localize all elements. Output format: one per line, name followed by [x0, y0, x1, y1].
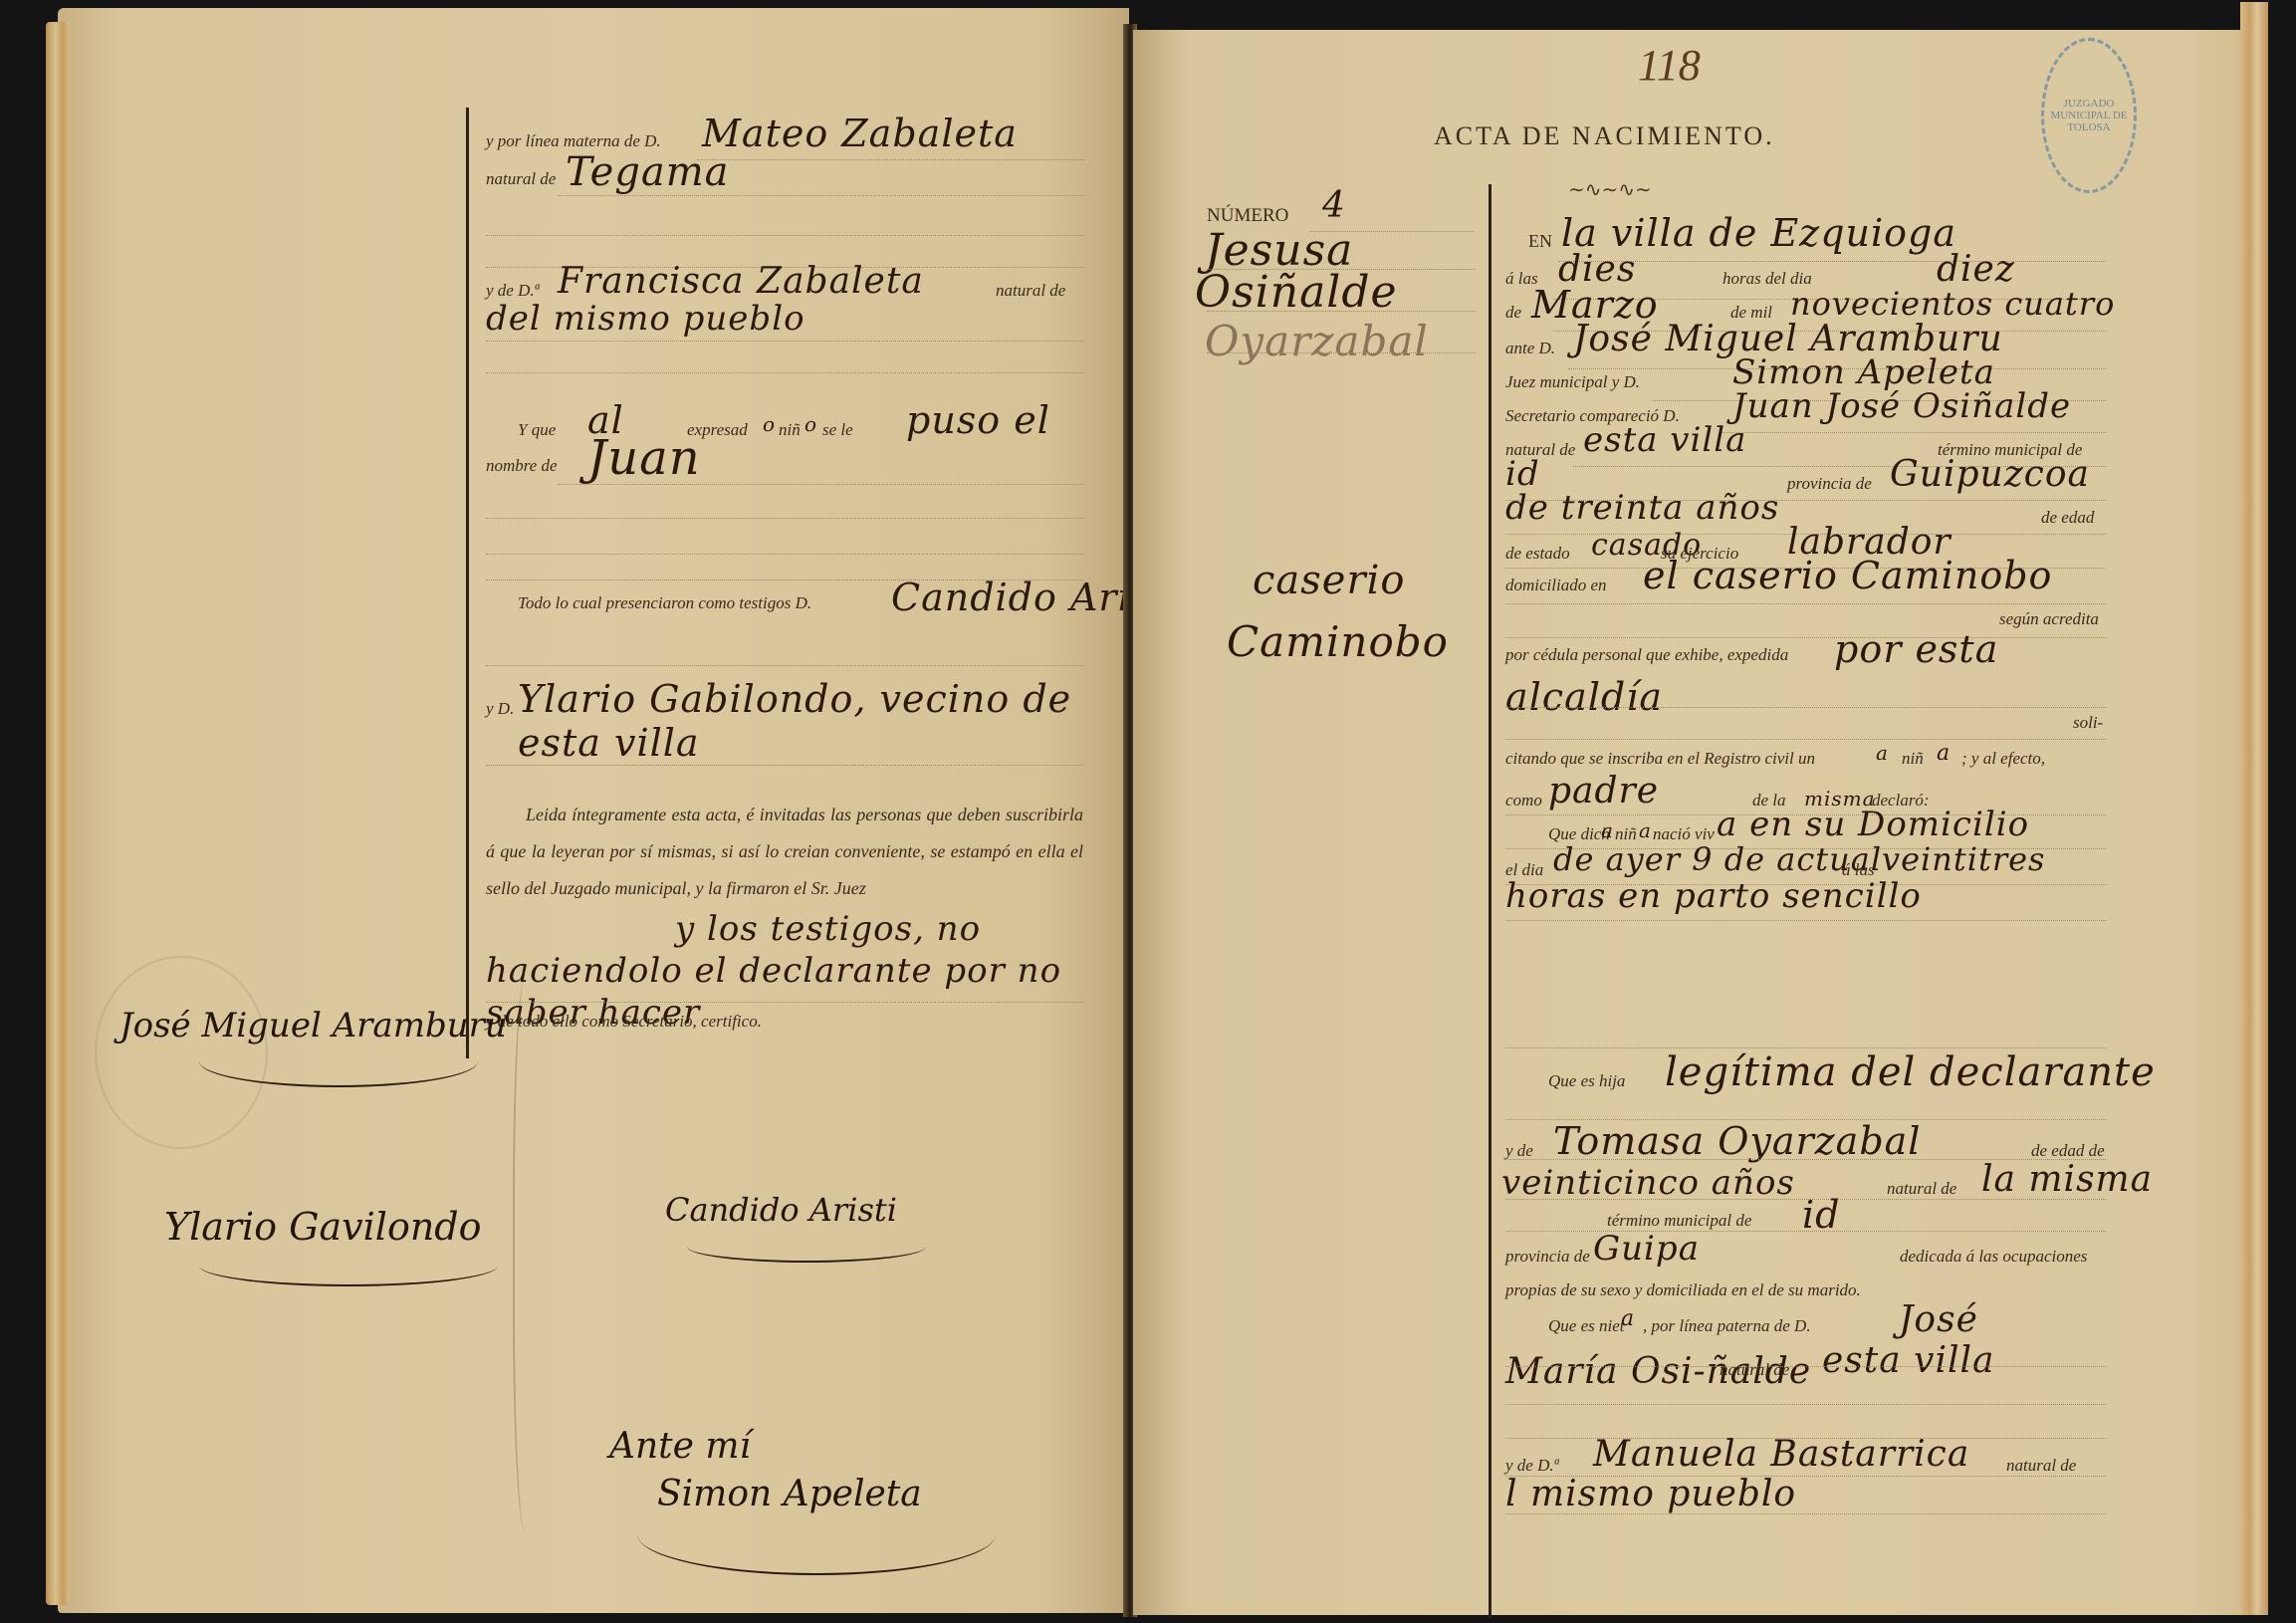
witness-2-name: Ylario Gabilondo, vecino de esta villa: [518, 677, 1095, 765]
dotted-line: [486, 518, 1083, 519]
mother-name: Tomasa Oyarzabal: [1553, 1119, 1921, 1163]
naming-value-4: puso el: [906, 398, 1050, 442]
document-title: ACTA DE NACIMIENTO.: [1434, 121, 1775, 151]
closing-paragraph: Leida íntegramente esta acta, é invitada…: [486, 797, 1083, 907]
request-end-label: ; y al efecto,: [1961, 749, 2045, 769]
signature-flourish: [637, 1494, 996, 1575]
birth-day: de ayer 9 de actual: [1553, 840, 1882, 878]
dotted-line: [1505, 920, 2106, 921]
mother-term-label: término municipal de: [1607, 1211, 1751, 1231]
as-label: como: [1505, 791, 1542, 811]
right-page-edges: [2240, 2, 2268, 1615]
mother-origin-label: natural de: [1887, 1179, 1956, 1199]
dotted-line: [486, 235, 1083, 236]
birth-hour: veintitres: [1882, 840, 2045, 878]
right-column-rule: [1489, 184, 1492, 1618]
margin-note-1: caserio: [1253, 558, 1405, 603]
naming-label-4: se le: [822, 420, 853, 440]
dotted-line: [486, 554, 1083, 555]
mother-province: Guipa: [1593, 1229, 1700, 1269]
dotted-line: [1505, 1047, 2106, 1048]
declarant-origin: esta villa: [1583, 420, 1746, 460]
maternal-grandmother-label: y de D.ª: [486, 281, 539, 301]
judge-label: ante D.: [1505, 339, 1555, 358]
mother-age-label: de edad de: [2031, 1141, 2105, 1161]
dotted-line: [1505, 1476, 2106, 1477]
naming-label-3: niñ: [779, 420, 801, 440]
paternal-grandmother-label: y de D.ª: [1505, 1456, 1558, 1476]
naming-value-2: o: [763, 412, 776, 436]
birth-place: a en su Domicilio: [1717, 805, 2029, 844]
registrant-name-3: Oyarzabal: [1205, 317, 1429, 365]
born-gender: a: [1639, 818, 1652, 842]
margin-note-2: Caminobo: [1227, 617, 1449, 666]
day-value: diez: [1937, 249, 2015, 290]
dotted-line: [486, 341, 1083, 342]
stamp-text: JUZGADO MUNICIPAL DE TOLOSA: [2044, 98, 2134, 133]
domicile: el caserio Caminobo: [1643, 554, 2052, 597]
request-article: a: [1876, 741, 1889, 765]
paternal-grandfather-name: José María Osi-ñalde: [1505, 1294, 2103, 1398]
dotted-line: [1505, 1513, 2106, 1514]
record-number: 4: [1322, 185, 1346, 226]
occupation-text: dedicada á las ocupaciones: [1900, 1247, 2087, 1267]
province-value: Guipuzcoa: [1890, 454, 2090, 495]
dotted-line: [1558, 261, 2106, 262]
maternal-grandfather-origin: Tegama: [566, 149, 729, 195]
legitimacy-value: legítima del declarante: [1665, 1049, 2156, 1095]
maternal-grandfather-name: Mateo Zabaleta: [702, 112, 1018, 155]
dotted-line: [486, 372, 1083, 373]
born-article: a: [1601, 818, 1614, 842]
dotted-line: [1207, 352, 1476, 353]
year-value: novecientos cuatro: [1790, 285, 2115, 323]
signature-ante-mi: Ante mí: [609, 1426, 751, 1467]
signature-flourish: [199, 1245, 498, 1286]
request-nin-label: niñ: [1902, 749, 1924, 769]
declarant-relation: padre: [1548, 771, 1659, 811]
naming-label-5: nombre de: [486, 456, 558, 476]
request-gender: a: [1937, 741, 1951, 766]
paternal-grandmother-name: Manuela Bastarrica: [1593, 1434, 1969, 1475]
paternal-origin-label: natural de: [1720, 1360, 1789, 1380]
number-label: NÚMERO: [1207, 205, 1288, 227]
legitimacy-label: Que es hija: [1548, 1071, 1625, 1091]
witness-2-label: y D.: [486, 699, 514, 719]
witnesses-label: Todo lo cual presenciaron como testigos …: [518, 593, 811, 613]
declarant-name: Juan José Osiñalde: [1732, 386, 2071, 426]
dotted-line: [1505, 739, 2106, 740]
naming-value-3: o: [804, 412, 817, 436]
secretary-label: Juez municipal y D.: [1505, 372, 1640, 392]
page-number: 118: [1638, 40, 1701, 91]
maternal-grandfather-label: y por línea materna de D.: [486, 131, 661, 151]
domicile-label: domiciliado en: [1505, 576, 1607, 595]
paternal-grandfather-origin: esta villa: [1822, 1340, 1995, 1381]
request-label: citando que se inscriba en el Registro c…: [1505, 749, 1815, 769]
body-en-label: EN: [1528, 231, 1552, 252]
open-registry-book: y por línea materna de D. Mateo Zabaleta…: [0, 0, 2296, 1623]
signature-witness-2: Ylario Gavilondo: [164, 1205, 482, 1249]
dotted-line: [1505, 707, 2106, 708]
dotted-line: [1505, 603, 2106, 604]
mother-province-label: provincia de: [1505, 1247, 1590, 1267]
mother-age: veinticinco años: [1501, 1163, 1795, 1203]
dotted-line: [558, 195, 1085, 196]
dotted-line: [1722, 432, 2106, 433]
dotted-line: [486, 1002, 1083, 1003]
province-label: provincia de: [1787, 474, 1872, 494]
dotted-line: [697, 159, 1085, 160]
left-page-edges: [46, 22, 70, 1605]
left-column-rule: [466, 108, 469, 1058]
naming-label-1: Y que: [518, 420, 556, 440]
signature-flourish: [687, 1231, 926, 1263]
paternal-grandmother-origin-label: natural de: [2006, 1456, 2076, 1476]
maternal-grandmother-origin: del mismo pueblo: [486, 299, 805, 339]
court-stamp: JUZGADO MUNICIPAL DE TOLOSA: [2041, 38, 2137, 193]
mother-label: y de: [1505, 1141, 1533, 1161]
dotted-line: [1505, 1404, 2106, 1405]
ornament-divider: ∼∿∼∿∼: [1568, 177, 1652, 202]
dotted-line: [1505, 1366, 2106, 1367]
dotted-line: [1207, 311, 1476, 312]
dotted-line: [486, 665, 1083, 666]
origin-label: natural de: [996, 281, 1065, 301]
month-label: de: [1505, 303, 1521, 323]
wavy-crease: [513, 976, 545, 1533]
child-given-name: Juan: [587, 430, 701, 486]
marital-status-label: de estado: [1505, 544, 1570, 564]
signature-flourish: [199, 1036, 478, 1087]
dotted-line: [558, 484, 1083, 485]
paternal-grandmother-origin: l mismo pueblo: [1505, 1474, 1796, 1514]
signature-witness-1: Candido Aristi: [665, 1191, 897, 1229]
maternal-grandmother-name: Francisca Zabaleta: [558, 261, 924, 302]
dotted-line: [486, 765, 1083, 766]
declarant-age: de treinta años: [1505, 488, 1779, 528]
birth-type: horas en parto sencillo: [1505, 876, 1922, 916]
soli-label: soli-: [2073, 713, 2103, 733]
origin-label: natural de: [486, 169, 556, 189]
mother-origin: la misma: [1981, 1159, 2153, 1200]
age-label: de edad: [2041, 508, 2094, 528]
